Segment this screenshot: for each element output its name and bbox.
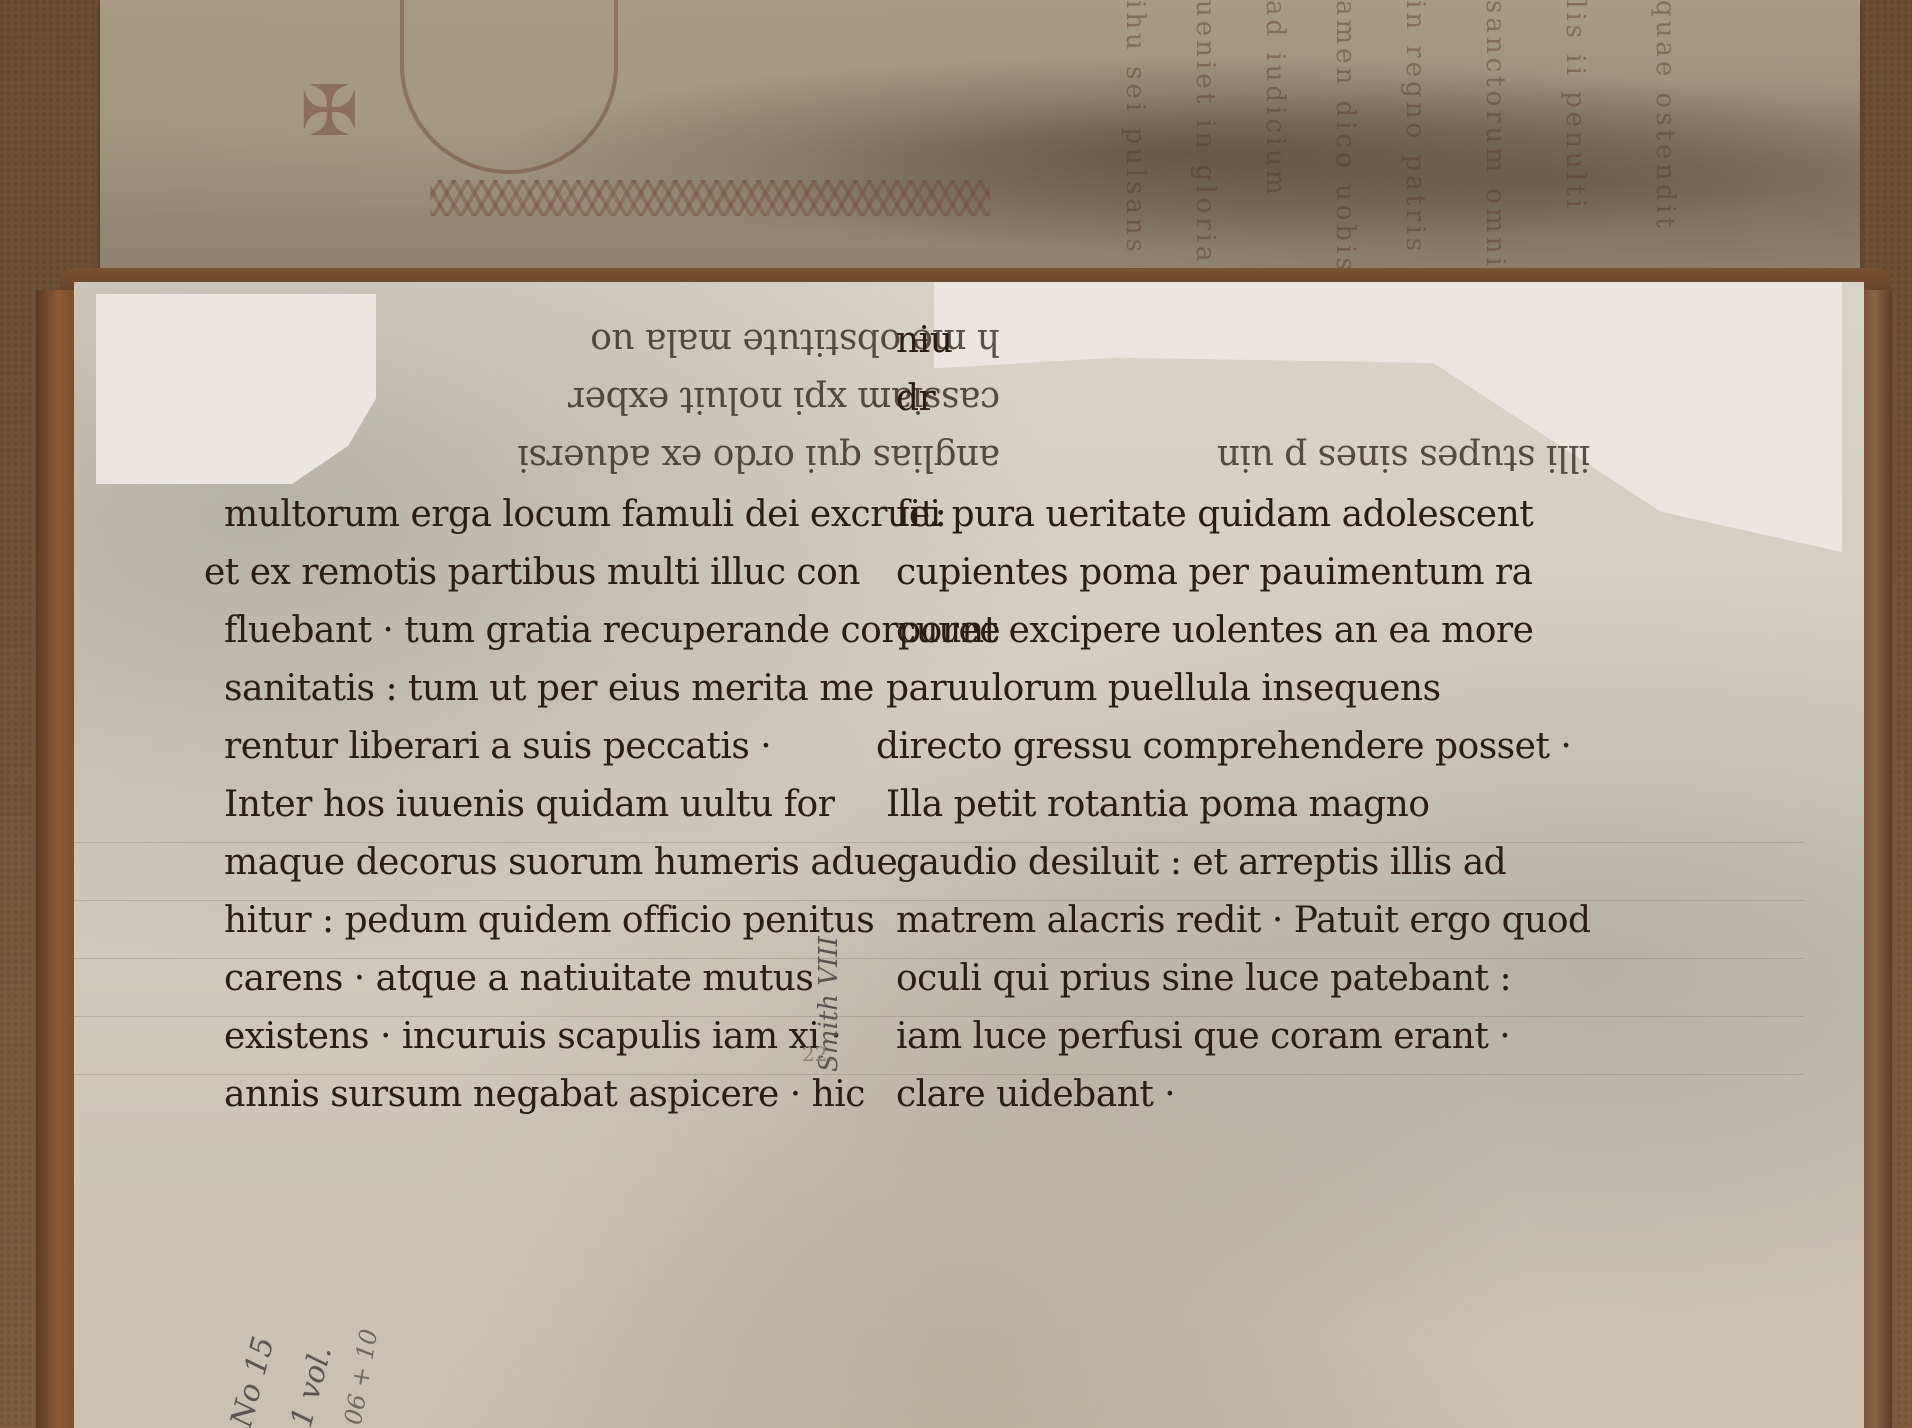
text-line: directo gressu comprehendere posset ·	[876, 718, 1591, 776]
cross-ornament: ✠	[300, 70, 359, 152]
shelfmark-number: No 15	[224, 1333, 282, 1428]
volume-note: 1 vol.	[284, 1342, 339, 1428]
ghost-script-line: ihu sei pulsans	[1120, 0, 1150, 256]
text-line: iam luce perfusi que coram erant ·	[896, 1008, 1591, 1066]
text-line: cuunt excipere uolentes an ea more	[896, 602, 1591, 660]
text-line: annis sursum negabat aspicere · hic	[224, 1066, 1000, 1124]
fragment-line: niu	[896, 312, 1591, 370]
ghost-script-line: lis ii penulti	[1560, 0, 1590, 212]
text-line: matrem alacris redit · Patuit ergo quod	[896, 892, 1591, 950]
right-text-column: niu dr illi stupes sines p uin fei pura …	[896, 312, 1591, 1124]
text-line: multorum erga locum famuli dei excruit:	[224, 486, 1000, 544]
ghost-script-line: quae ostendit	[1650, 0, 1680, 232]
text-line: clare uidebant ·	[896, 1066, 1591, 1124]
line-number-stamp: 22.	[802, 1042, 834, 1066]
upside-down-line: illi stupes sines p uin	[936, 428, 1591, 486]
text-line: existens · incuruis scapulis iam xi ·	[224, 1008, 1000, 1066]
text-line: oculi qui prius sine luce patebant :	[896, 950, 1591, 1008]
text-line: hitur : pedum quidem officio penitus	[224, 892, 1000, 950]
catalogue-number: 06 + 10	[339, 1327, 383, 1427]
text-line: paruulorum puellula insequens	[886, 660, 1591, 718]
ghost-script-line: amen dico uobis	[1330, 0, 1360, 275]
pastedown-page: h me obstitute mala uo cassiam xpi nolui…	[74, 282, 1864, 1428]
text-line: Illa petit rotantia poma magno	[886, 776, 1591, 834]
fragment-line: dr	[896, 370, 1591, 428]
text-line: sanitatis : tum ut per eius merita me	[224, 660, 1000, 718]
text-line: fluebant · tum gratia recuperande corpor…	[224, 602, 1000, 660]
roundel-drawing	[400, 0, 618, 174]
text-line: fei pura ueritate quidam adolescent	[896, 486, 1591, 544]
ghost-script-line: ad iudicium	[1260, 0, 1290, 199]
ghost-script-line: ueniet in gloria	[1190, 0, 1220, 265]
ghost-script-line: in regno patris	[1400, 0, 1430, 255]
upper-folded-leaf: ✠ ihu sei pulsans ueniet in gloria ad iu…	[100, 0, 1860, 281]
text-line: carens · atque a natiuitate mutus	[224, 950, 1000, 1008]
interlace-band	[430, 180, 990, 216]
text-line: cupientes poma per pauimentum ra	[896, 544, 1591, 602]
text-line: Inter hos iuuenis quidam uultu for	[224, 776, 1000, 834]
text-line: gaudio desiluit : et arreptis illis ad	[896, 834, 1591, 892]
text-line: maque decorus suorum humeris adue	[224, 834, 1000, 892]
upside-down-line: anglias qui ordo ex aduersi	[254, 428, 1000, 486]
text-line: et ex remotis partibus multi illuc con	[204, 544, 1000, 602]
